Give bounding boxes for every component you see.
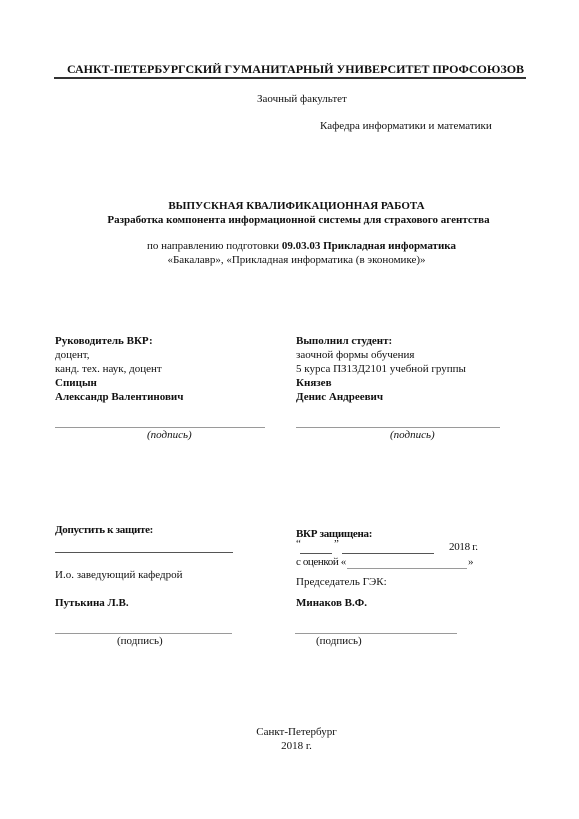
footer-city: Санкт-Петербург <box>0 726 579 738</box>
chair-signature-line <box>295 633 457 634</box>
defense-day-line <box>300 553 332 554</box>
supervisor-surname: Спицын <box>55 376 183 390</box>
supervisor-name: Александр Валентинович <box>55 390 183 404</box>
student-form: заочной формы обучения <box>296 348 466 362</box>
university-name: САНКТ-ПЕТЕРБУРГСКИЙ ГУМАНИТАРНЫЙ УНИВЕРС… <box>0 62 579 77</box>
admission-signature-line <box>55 633 232 634</box>
defense-chair-person: Минаков В.Ф. <box>296 597 367 609</box>
supervisor-position: доцент, <box>55 348 183 362</box>
admission-heading: Допустить к защите: <box>55 524 153 536</box>
student-heading: Выполнил студент: <box>296 334 466 348</box>
faculty-name: Заочный факультет <box>257 93 347 105</box>
chair-signature-label: (подпись) <box>316 635 362 647</box>
degree-profile: «Бакалавр», «Прикладная информатика (в э… <box>0 254 579 266</box>
student-signature-label: (подпись) <box>390 429 435 441</box>
direction-code-name: 09.03.03 Прикладная информатика <box>282 240 456 252</box>
supervisor-signature-line <box>55 427 265 428</box>
defense-grade-line <box>347 568 467 569</box>
defense-month-line <box>342 553 434 554</box>
admission-line <box>55 552 233 553</box>
supervisor-block: Руководитель ВКР: доцент, канд. тех. нау… <box>55 334 183 404</box>
student-block: Выполнил студент: заочной формы обучения… <box>296 334 466 404</box>
defense-quote-open: “ <box>296 538 301 550</box>
defense-chair-role: Председатель ГЭК: <box>296 576 387 588</box>
header-rule <box>54 77 526 79</box>
work-type-title: ВЫПУСКНАЯ КВАЛИФИКАЦИОННАЯ РАБОТА <box>0 200 579 212</box>
defense-grade-prefix: с оценкой « <box>296 556 346 568</box>
work-topic: Разработка компонента информационной сис… <box>0 214 579 226</box>
supervisor-degree: канд. тех. наук, доцент <box>55 362 183 376</box>
student-surname: Князев <box>296 376 466 390</box>
supervisor-signature-label: (подпись) <box>147 429 192 441</box>
footer-year: 2018 г. <box>0 740 579 752</box>
supervisor-heading: Руководитель ВКР: <box>55 334 183 348</box>
defense-year: 2018 г. <box>449 541 478 553</box>
admission-person: Путькина Л.В. <box>55 597 129 609</box>
defense-quote-close: ” <box>334 538 339 550</box>
admission-role: И.о. заведующий кафедрой <box>55 569 183 581</box>
direction-line: по направлению подготовки 09.03.03 Прикл… <box>0 240 579 252</box>
department-name: Кафедра информатики и математики <box>320 120 492 132</box>
student-group: 5 курса ПЗ13Д2101 учебной группы <box>296 362 466 376</box>
defense-grade-suffix: » <box>468 556 474 568</box>
student-signature-line <box>296 427 500 428</box>
admission-signature-label: (подпись) <box>117 635 163 647</box>
direction-prefix: по направлению подготовки <box>147 240 282 252</box>
student-name: Денис Андреевич <box>296 390 466 404</box>
